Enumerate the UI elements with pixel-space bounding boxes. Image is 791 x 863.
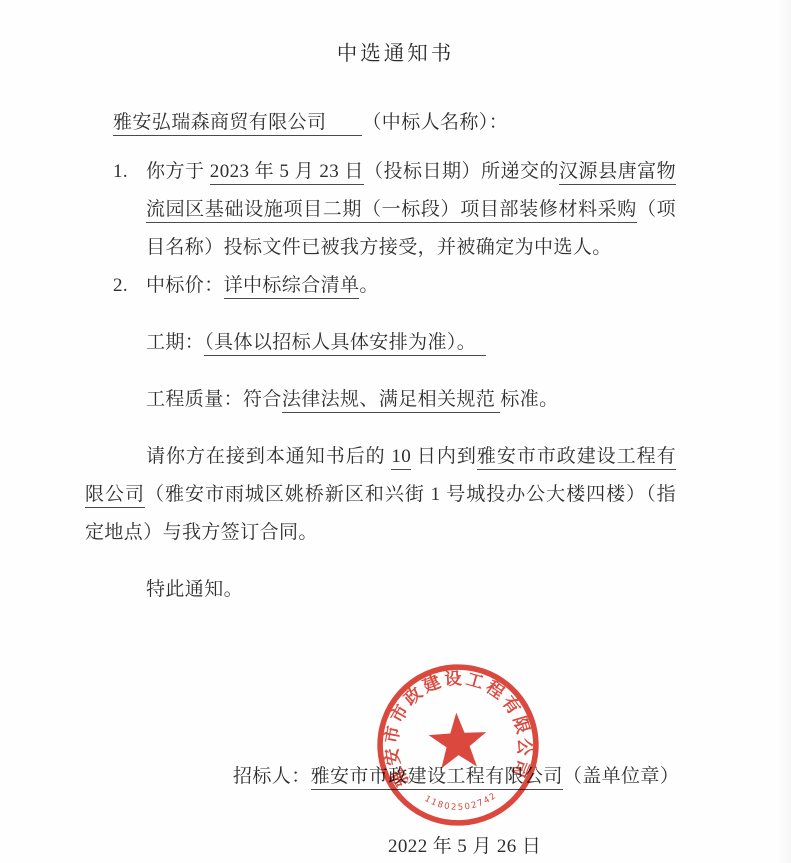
contract-signing-paragraph: 请你方在接到本通知书后的 10 日内到雅安市市政建设工程有限公司（雅安市雨城区姚… xyxy=(85,438,676,552)
tenderer-company-name: 雅安市市政建设工程有限公司 xyxy=(311,766,563,790)
bid-date: 2023 年 5 月 23 日 xyxy=(210,161,364,185)
list-number-2: 2. xyxy=(113,267,146,305)
award-price-label: 中标价： xyxy=(146,275,224,296)
quality-tail: 标准。 xyxy=(500,389,558,410)
list-item-1: 1. 你方于 2023 年 5 月 23 日（投标日期）所递交的汉源县唐富物流园… xyxy=(113,153,791,267)
item1-seg2: （投标日期）所递交的 xyxy=(364,161,559,182)
seal-registration-number: 5118025027427 xyxy=(367,654,500,818)
document-date: 2022 年 5 月 26 日 xyxy=(388,832,541,862)
list-item-1-text: 你方于 2023 年 5 月 23 日（投标日期）所递交的汉源县唐富物流园区基础… xyxy=(146,153,676,267)
item1-seg1: 你方于 xyxy=(146,161,210,182)
closing-notice: 特此通知。 xyxy=(146,571,791,609)
recipient-line: 雅安弘瑞森商贸有限公司（中标人名称）： xyxy=(113,108,791,138)
winning-bidder-name: 雅安弘瑞森商贸有限公司 xyxy=(113,112,362,136)
list-item-2: 2. 中标价：详中标综合清单。 xyxy=(113,267,791,305)
sign-seg1: 请你方在接到本通知书后的 xyxy=(146,446,391,467)
days-value: 10 xyxy=(391,446,411,470)
seal-instruction: （盖单位章） xyxy=(563,766,679,787)
recipient-label: （中标人名称）： xyxy=(362,112,508,133)
svg-text:5118025027427: 5118025027427 xyxy=(367,654,500,818)
signature-line: 招标人：雅安市市政建设工程有限公司（盖单位章） xyxy=(233,762,679,792)
award-price-value: 详中标综合清单 xyxy=(224,275,360,299)
duration-line: 工期：（具体以招标人具体安排为准）。 xyxy=(146,324,791,362)
tenderer-label: 招标人： xyxy=(233,766,311,787)
duration-label: 工期： xyxy=(146,332,204,353)
document-title: 中选通知书 xyxy=(0,0,791,66)
quality-lead: 工程质量：符合 xyxy=(146,389,282,410)
scanned-notice-page: 中选通知书 雅安弘瑞森商贸有限公司（中标人名称）： 1. 你方于 2023 年 … xyxy=(0,0,791,863)
seal-star-icon xyxy=(427,711,488,769)
quality-line: 工程质量：符合法律法规、满足相关规范 标准。 xyxy=(146,381,791,419)
award-price-period: 。 xyxy=(359,275,378,296)
company-seal-stamp: 雅安市市政建设工程有限公司 5118025027427 xyxy=(367,654,550,837)
quality-value: 法律法规、满足相关规范 xyxy=(282,389,501,413)
sign-seg2: 日内到 xyxy=(411,446,477,467)
sign-seg3: （雅安市雨城区姚桥新区和兴街 1 号城投办公大楼四楼）（指定地点）与我方签订合同… xyxy=(85,484,676,543)
list-number-1: 1. xyxy=(113,153,146,267)
duration-value: （具体以招标人具体安排为准）。 xyxy=(204,332,486,356)
list-item-2-text: 中标价：详中标综合清单。 xyxy=(146,267,676,305)
seal-ring xyxy=(376,663,540,827)
